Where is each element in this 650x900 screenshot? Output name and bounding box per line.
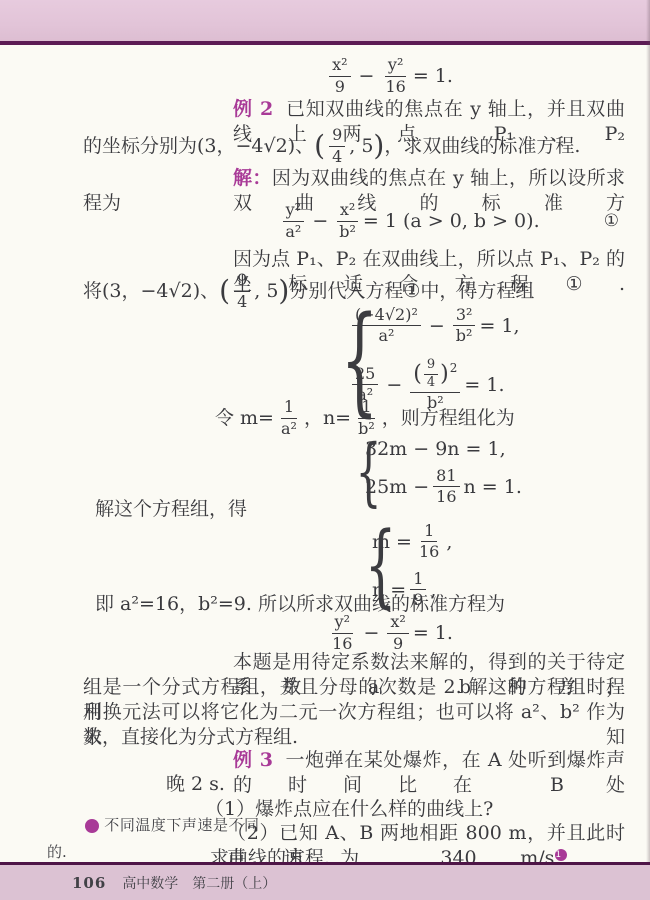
remark-text: 数，直接化为分式方程组.	[83, 726, 298, 748]
coords-text: 的坐标分别为(3，−4√2)、	[83, 134, 314, 159]
equation-number-1: ①	[604, 209, 619, 234]
frac-den: b²	[453, 326, 476, 345]
p5-mid: ，n=	[304, 406, 351, 431]
equation-rhs: = 1.	[464, 374, 504, 396]
equation-rhs: = 1 (a > 0, b > 0).	[363, 209, 540, 234]
fraction: 116	[416, 522, 442, 562]
equation-rhs: = 1.	[413, 64, 453, 89]
fraction: 3²b²	[453, 306, 476, 346]
frac-num: x²	[329, 56, 350, 76]
equation-result: y²16 − x²9 = 1.	[83, 611, 625, 655]
textbook-page: { "colors": {"accent":"#a83a97","band_to…	[0, 0, 650, 900]
example3-line1: 例 3一炮弹在某处爆炸，在 A 处听到爆炸声的时间比在 B 处	[83, 748, 625, 798]
frac-den: a²	[375, 326, 397, 345]
example3-line2: 晚 2 s.	[166, 772, 225, 797]
system2-row1: 32m − 9n = 1,	[365, 438, 522, 460]
frac-den: 4	[424, 375, 438, 391]
example3-text2: 晚 2 s.	[166, 773, 225, 795]
fraction: 1a²	[278, 398, 300, 438]
header-rule	[0, 41, 650, 45]
frac-den: 16	[382, 77, 408, 96]
frac-num: (94)2	[410, 358, 460, 393]
minus-operator: −	[429, 315, 445, 337]
frac-den: b²	[336, 222, 359, 241]
minus-operator: −	[312, 209, 328, 234]
example3-label: 例 3	[233, 749, 273, 771]
example2-line2: 的坐标分别为(3，−4√2)、 ( 94 , 5 ) ，求双曲线的标准方程.	[83, 124, 580, 168]
p4-pre: 将(3，−4√2)、	[83, 279, 219, 304]
fraction: x²9	[387, 613, 408, 653]
frac-num: x²	[337, 201, 358, 221]
fraction: 8116	[433, 467, 459, 507]
fraction: 94	[329, 126, 345, 166]
page-number: 106	[72, 874, 106, 892]
frac-den: 9	[332, 77, 348, 96]
frac-den: 4	[329, 147, 345, 166]
frac-num: 3²	[453, 306, 476, 326]
right-paren: )	[440, 361, 449, 386]
page-footer: 106 高中数学 第二册（上）	[0, 865, 650, 900]
frac-den: 16	[433, 487, 459, 506]
p5-tail: ，则方程组化为	[382, 406, 515, 431]
frac-num: 1	[410, 570, 426, 590]
left-paren: (	[413, 361, 422, 386]
example2-label: 例 2	[233, 98, 273, 120]
paragraph-p6: 解这个方程组，得	[95, 497, 247, 522]
p6-text: 解这个方程组，得	[95, 498, 247, 520]
coords-mid: , 5	[349, 134, 373, 159]
frac-num: y²	[385, 56, 406, 76]
frac-num: 1	[281, 398, 297, 418]
frac-num: 1	[421, 522, 437, 542]
coords-mid: , 5	[254, 279, 278, 304]
exponent: 2	[450, 361, 458, 375]
equation-system-1: { (−4√2)²a² − 3²b² = 1, 25a² − (94)2 b² …	[348, 306, 520, 412]
frac-den: 16	[416, 542, 442, 561]
fraction: x²b²	[336, 201, 359, 241]
example3-text: 一炮弹在某处爆炸，在 A 处听到爆炸声的时间比在 B 处	[233, 749, 625, 796]
p5-pre: 令 m=	[215, 406, 274, 431]
frac-den: a²	[278, 419, 300, 438]
fraction: y²16	[329, 613, 355, 653]
frac-num: x²	[387, 613, 408, 633]
equation-tail: n = 1.	[464, 476, 522, 498]
fraction: 94	[234, 271, 250, 311]
equation-text: 32m − 9n = 1,	[365, 438, 506, 460]
frac-num: 81	[433, 467, 459, 487]
book-title: 高中数学 第二册（上）	[122, 873, 276, 893]
equation-system-2: { 32m − 9n = 1, 25m − 8116 n = 1.	[365, 438, 522, 507]
fraction: x²9	[329, 56, 350, 96]
frac-num: 9	[234, 271, 250, 291]
coords-tail: ，求双曲线的标准方程.	[384, 134, 580, 159]
frac-den: a²	[282, 222, 304, 241]
header-band	[0, 0, 650, 41]
inner-fraction: 94	[424, 358, 438, 391]
frac-num: 1	[358, 398, 374, 418]
frac-den: 4	[234, 292, 250, 311]
minus-operator: −	[359, 64, 375, 89]
footnote-marker-icon: 1	[85, 819, 99, 833]
remark-line4: 数，直接化为分式方程组.	[83, 725, 298, 750]
fraction: y²16	[382, 56, 408, 96]
frac-num: y²	[332, 613, 353, 633]
margin-footnote: 1 不同温度下声速是不同的.	[47, 812, 259, 866]
minus-operator: −	[386, 374, 402, 396]
minus-operator: −	[363, 621, 379, 646]
equation-rhs: = 1,	[479, 315, 519, 337]
fraction: y²a²	[282, 201, 304, 241]
frac-num: 9	[329, 126, 345, 146]
equation-rhs: = 1.	[413, 621, 453, 646]
page-edge-shadow	[646, 0, 650, 900]
equation-top: x²9 − y²16 = 1.	[83, 54, 625, 98]
equation-standard: y²a² − x²b² = 1 (a > 0, b > 0). ①	[83, 198, 625, 244]
frac-num: 9	[424, 358, 438, 375]
equation-tail: ,	[446, 531, 452, 553]
system2-row2: 25m − 8116 n = 1.	[365, 467, 522, 507]
footnote-text: 不同温度下声速是不同的.	[47, 816, 259, 861]
frac-num: y²	[283, 201, 304, 221]
p4-tail: 分别代入方程①中，得方程组	[289, 279, 534, 304]
solution-label: 解：	[233, 167, 272, 189]
footnote-marker-icon: 1	[555, 849, 567, 861]
